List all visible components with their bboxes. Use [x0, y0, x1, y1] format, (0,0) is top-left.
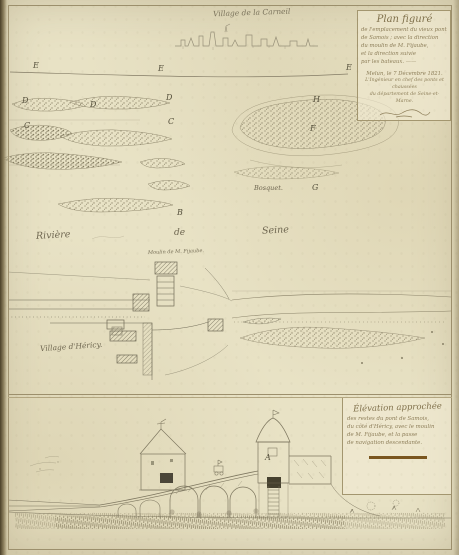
- signature-flourish: [378, 107, 432, 119]
- signature-lines: L'Ingénieur en chef des ponts et chaussé…: [361, 77, 448, 106]
- plan-title-lines: de l'emplacement du vieux pontde Samois …: [361, 27, 448, 67]
- cartouche-line: du moulin de M. Fijaube,: [361, 43, 448, 51]
- cartouche-line: du côté d'Héricy, avec le moulin: [347, 423, 448, 431]
- elevation-title: Élévation approchée: [347, 401, 448, 415]
- elevation-title-lines: des restes du pont de Samois,du côté d'H…: [347, 415, 448, 447]
- signature-line: du département de Seine-et-Marne.: [361, 91, 448, 105]
- cartouche-line: de l'emplacement du vieux pont: [361, 27, 448, 35]
- scan-edge-shadow-left: [0, 0, 10, 555]
- cartouche-line: de Samois ; avec la direction: [361, 35, 448, 43]
- cartouche-line: de navigation descendante.: [347, 439, 448, 447]
- brown-rule: [369, 456, 427, 459]
- elevation-cartouche: Élévation approchée des restes du pont d…: [342, 398, 451, 495]
- plan-title: Plan figuré: [361, 14, 448, 25]
- cartouche-line: par les bateaux. ——: [361, 59, 448, 67]
- cartouche-line: de M. Fijaube, et la passe: [347, 431, 448, 439]
- scanned-manuscript-plan: Village de la Carneil Rivière de Seine B…: [0, 0, 459, 555]
- section-divider: [8, 394, 452, 395]
- cartouche-line: et la direction suivie: [361, 51, 448, 59]
- date-line: Melun, le 7 Décembre 1821.: [361, 71, 448, 77]
- scan-edge-shadow-right: [453, 0, 459, 555]
- cartouche-line: des restes du pont de Samois,: [347, 415, 448, 423]
- title-cartouche: Plan figuré de l'emplacement du vieux po…: [357, 10, 451, 121]
- signature-line: L'Ingénieur en chef des ponts et chaussé…: [361, 77, 448, 91]
